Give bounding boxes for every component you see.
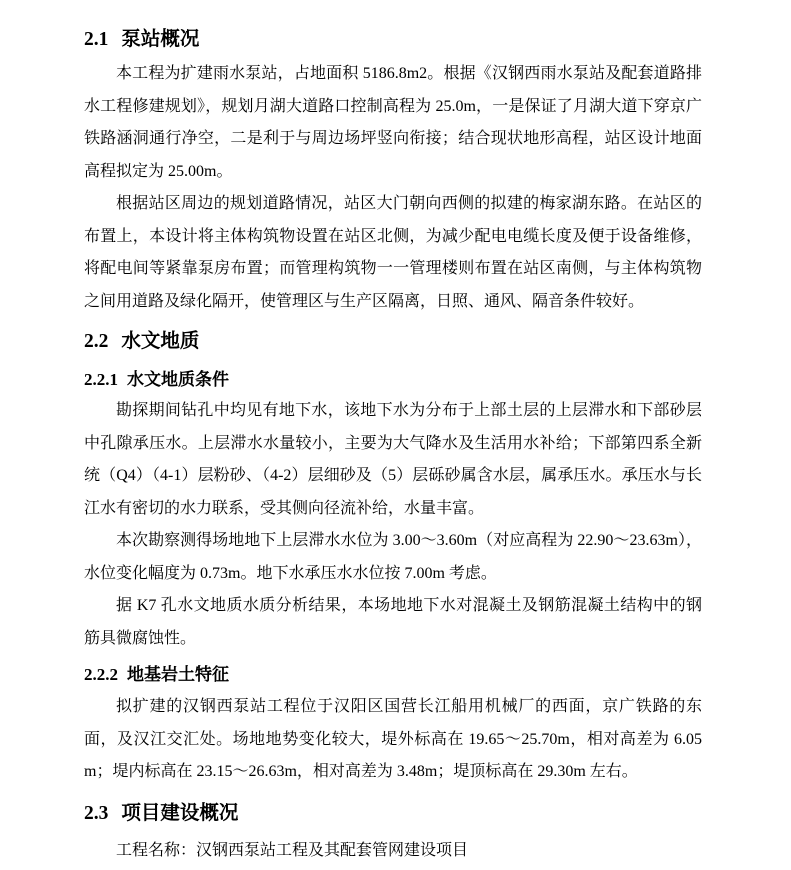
- subsection-heading-2-2-2: 2.2.2地基岩土特征: [84, 663, 702, 686]
- heading-number: 2.2.1: [84, 368, 118, 391]
- document-page: 2.1泵站概况 本工程为扩建雨水泵站，占地面积 5186.8m2。根据《汉钢西雨…: [0, 0, 791, 870]
- paragraph-pump-station-overview-2: 根据站区周边的规划道路情况，站区大门朝向西侧的拟建的梅家湖东路。在站区的布置上，…: [84, 188, 702, 318]
- heading-title: 泵站概况: [121, 29, 199, 50]
- heading-number: 2.2: [84, 330, 108, 354]
- paragraph-hydrogeology-conditions-1: 勘探期间钻孔中均见有地下水，该地下水为分布于上部土层的上层滞水和下部砂层中孔隙承…: [84, 395, 702, 525]
- section-heading-2-3: 2.3项目建设概况: [84, 802, 702, 826]
- section-heading-2-2: 2.2水文地质: [84, 330, 702, 354]
- paragraph-project-name: 工程名称：汉钢西泵站工程及其配套管网建设项目: [84, 835, 702, 868]
- heading-number: 2.1: [84, 28, 108, 52]
- heading-number: 2.3: [84, 802, 108, 826]
- heading-title: 水文地质: [121, 331, 199, 352]
- heading-number: 2.2.2: [84, 663, 118, 686]
- paragraph-hydrogeology-conditions-2: 本次勘察测得场地地下上层滞水水位为 3.00～3.60m（对应高程为 22.90…: [84, 525, 702, 590]
- heading-title: 地基岩土特征: [127, 665, 229, 684]
- heading-title: 项目建设概况: [121, 803, 238, 824]
- paragraph-hydrogeology-conditions-3: 据 K7 孔水文地质水质分析结果，本场地地下水对混凝土及钢筋混凝土结构中的钢筋具…: [84, 590, 702, 655]
- paragraph-pump-station-overview-1: 本工程为扩建雨水泵站，占地面积 5186.8m2。根据《汉钢西雨水泵站及配套道路…: [84, 58, 702, 188]
- heading-title: 水文地质条件: [127, 370, 229, 389]
- subsection-heading-2-2-1: 2.2.1水文地质条件: [84, 368, 702, 391]
- paragraph-foundation-soil-features: 拟扩建的汉钢西泵站工程位于汉阳区国营长江船用机械厂的西面，京广铁路的东面，及汉江…: [84, 691, 702, 789]
- section-heading-2-1: 2.1泵站概况: [84, 28, 702, 52]
